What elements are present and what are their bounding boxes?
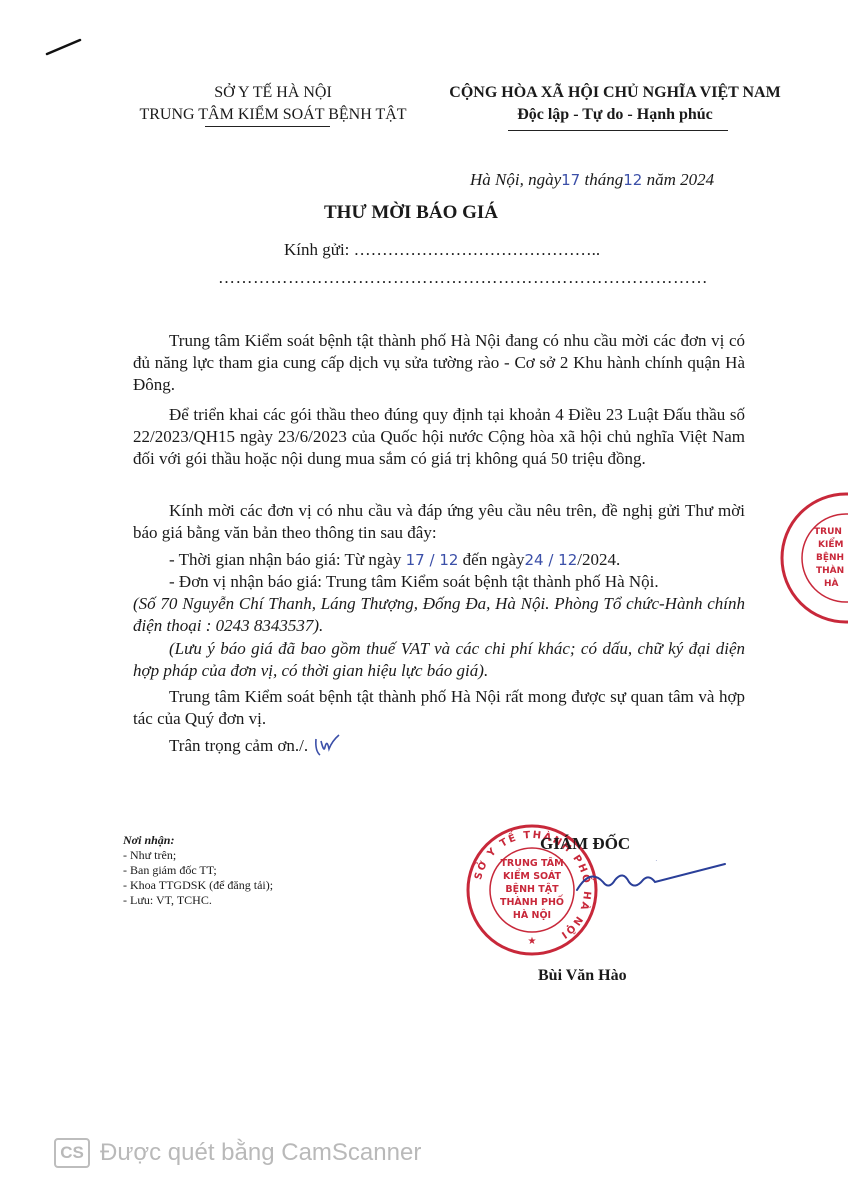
recipient-label: Kính gửi: xyxy=(284,240,349,259)
handwritten-month: 12 xyxy=(623,171,642,189)
agency-header: SỞ Y TẾ HÀ NỘI TRUNG TÂM KIỂM SOÁT BỆNH … xyxy=(108,82,438,126)
receive-time-line: - Thời gian nhận báo giá: Từ ngày 17 / 1… xyxy=(133,549,745,571)
svg-text:THÀN: THÀN xyxy=(816,564,844,576)
note-line: (Lưu ý báo giá đã bao gồm thuế VAT và cá… xyxy=(133,638,745,682)
recipient-line: Kính gửi: …………………………………….. xyxy=(284,240,600,260)
agency-name: TRUNG TÂM KIỂM SOÁT BỆNH TẬT xyxy=(108,104,438,126)
director-signature xyxy=(575,860,735,910)
recipient-item: - Ban giám đốc TT; xyxy=(123,863,383,878)
pen-mark xyxy=(44,36,84,58)
svg-text:TRUN: TRUN xyxy=(814,527,842,537)
date-line: Hà Nội, ngày17 tháng12 năm 2024 xyxy=(470,170,714,190)
paragraph-legal-basis: Để triển khai các gói thầu theo đúng quy… xyxy=(133,404,745,470)
svg-text:BỆNH TẬT: BỆNH TẬT xyxy=(505,884,559,895)
document-title: THƯ MỜI BÁO GIÁ xyxy=(0,202,848,224)
recipient-item: - Khoa TTGDSK (để đăng tải); xyxy=(123,878,383,893)
svg-text:THÀNH PHỐ: THÀNH PHỐ xyxy=(500,895,564,908)
recipients-label: Nơi nhận: xyxy=(123,833,383,848)
thanks-line: Trân trọng cảm ơn./. xyxy=(133,733,745,759)
address-line: (Số 70 Nguyễn Chí Thanh, Láng Thượng, Đố… xyxy=(133,593,745,637)
handwritten-to-date: 24 / 12 xyxy=(525,551,578,569)
svg-text:★: ★ xyxy=(528,936,537,947)
agency-parent: SỞ Y TẾ HÀ NỘI xyxy=(108,82,438,104)
motto-underline xyxy=(508,130,728,131)
handwritten-from-date: 17 / 12 xyxy=(406,551,459,569)
initial-signature xyxy=(312,733,342,759)
paragraph-invitation: Kính mời các đơn vị có nhu cầu và đáp ứn… xyxy=(133,500,745,544)
agency-underline xyxy=(205,126,330,127)
recipient-item: - Lưu: VT, TCHC. xyxy=(123,893,383,908)
recipient-item: - Như trên; xyxy=(123,848,383,863)
svg-text:HÀ: HÀ xyxy=(824,577,839,589)
svg-text:KIỂM SOÁT: KIỂM SOÁT xyxy=(503,869,561,882)
recipient-dots: …………………………………….. xyxy=(354,240,601,259)
watermark-text: Được quét bằng CamScanner xyxy=(100,1139,421,1167)
receive-unit-line: - Đơn vị nhận báo giá: Trung tâm Kiểm so… xyxy=(133,571,745,593)
recipient-dots-line: ………………………………………………………………………… xyxy=(218,268,708,288)
recipients-list: Nơi nhận: - Như trên; - Ban giám đốc TT;… xyxy=(123,833,383,908)
camscanner-watermark: CS Được quét bằng CamScanner xyxy=(54,1138,421,1168)
svg-text:BỆNH: BỆNH xyxy=(816,552,844,563)
nation-title: CỘNG HÒA XÃ HỘI CHỦ NGHĨA VIỆT NAM xyxy=(430,82,800,104)
svg-text:HÀ NỘI: HÀ NỘI xyxy=(513,909,551,921)
handwritten-day: 17 xyxy=(561,171,580,189)
signer-name: Bùi Văn Hào xyxy=(538,967,627,985)
signature-title: GIÁM ĐỐC xyxy=(540,834,630,854)
nation-header: CỘNG HÒA XÃ HỘI CHỦ NGHĨA VIỆT NAM Độc l… xyxy=(430,82,800,126)
paragraph-intro: Trung tâm Kiểm soát bệnh tật thành phố H… xyxy=(133,330,745,396)
paragraph-closing: Trung tâm Kiểm soát bệnh tật thành phố H… xyxy=(133,686,745,730)
svg-text:TRUNG TÂM: TRUNG TÂM xyxy=(500,857,563,869)
partial-stamp: TRUN KIỂM BỆNH THÀN HÀ xyxy=(760,488,848,628)
nation-motto: Độc lập - Tự do - Hạnh phúc xyxy=(430,104,800,126)
svg-text:KIỂM: KIỂM xyxy=(818,537,843,550)
camscanner-logo-icon: CS xyxy=(54,1138,90,1168)
